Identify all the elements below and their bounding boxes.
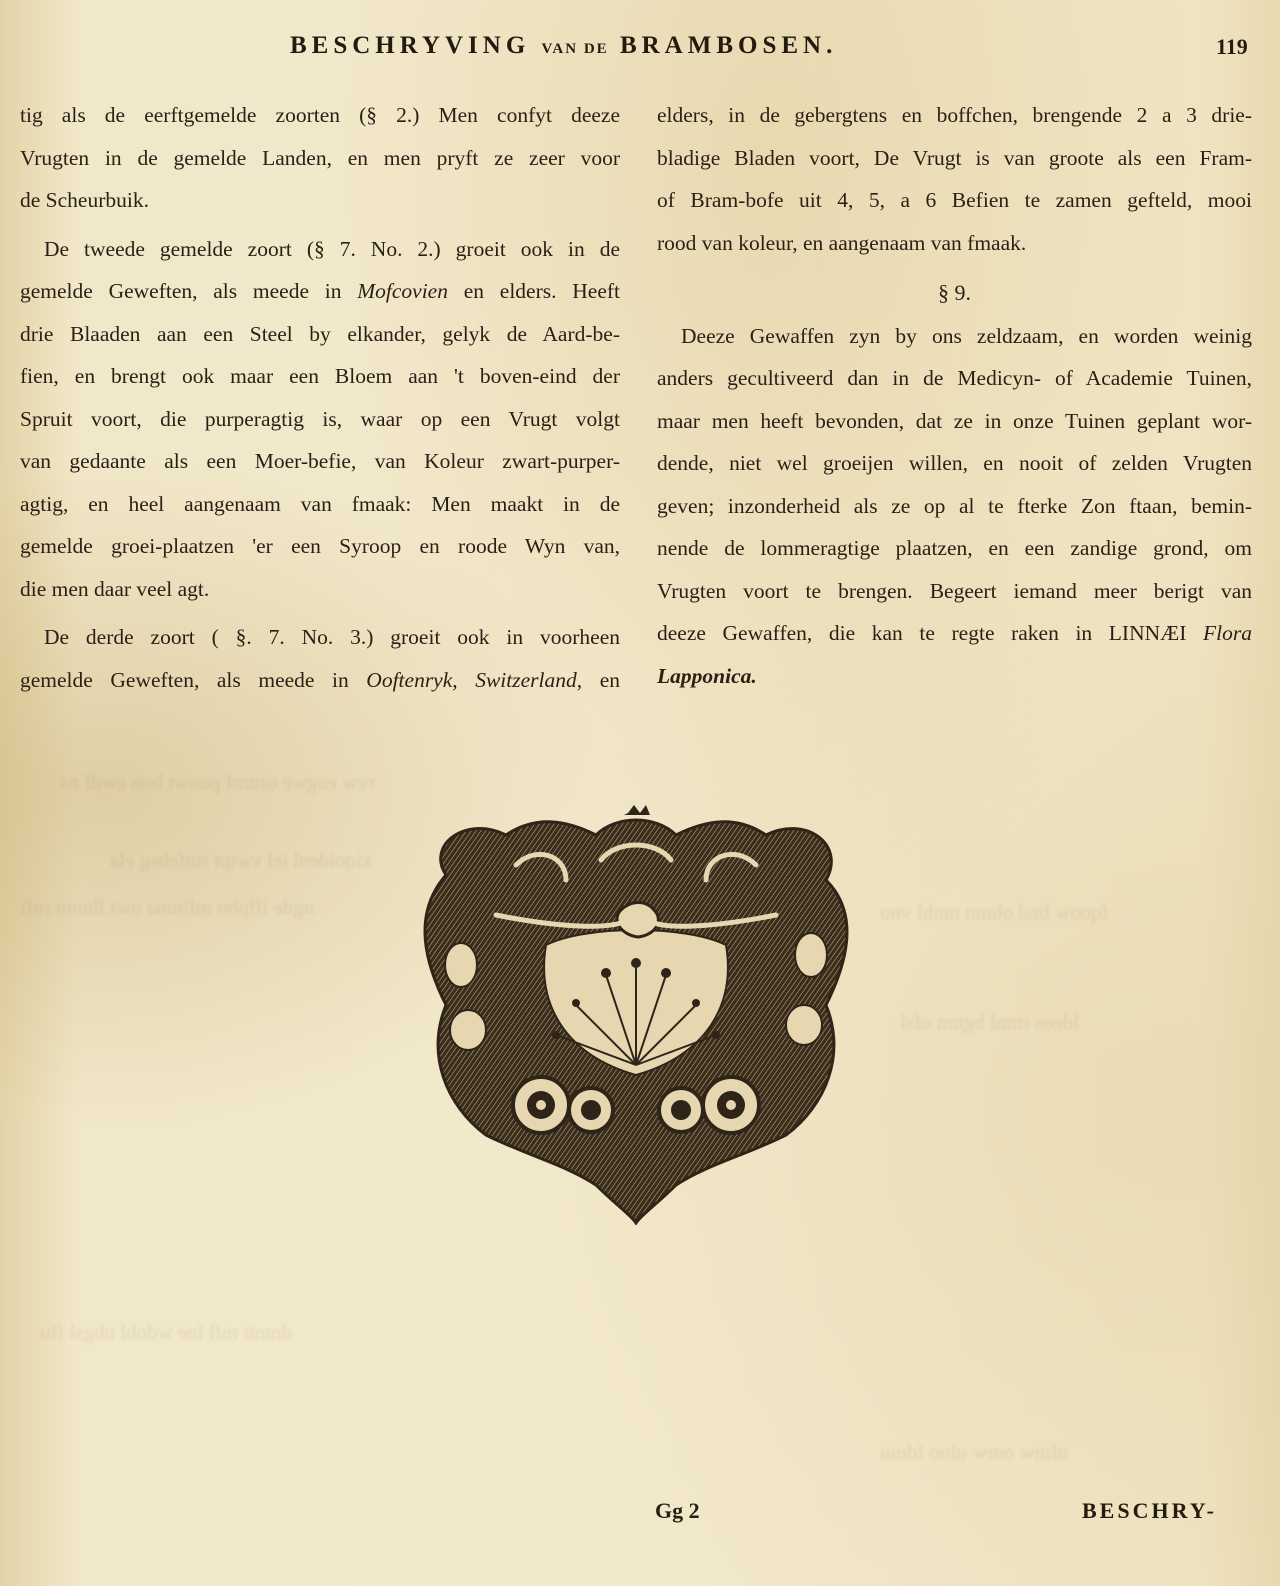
book-title-italic: Flora (1203, 621, 1252, 645)
text-line: die men daar veel agt. (20, 568, 620, 611)
title-part-3: BRAMBOSEN. (620, 32, 837, 59)
place-name-italic: Ooftenryk (366, 668, 452, 692)
text-line: gemelde Geweften, als meede in Mofcovien… (20, 270, 620, 313)
paragraph-start-line: De derde zoort ( §. 7. No. 3.) groeit oo… (20, 616, 620, 659)
text-line: Vrugten in de gemelde Landen, en men pry… (20, 137, 620, 180)
running-head: BESCHRYVING VAN DE BRAMBOSEN. 119 (0, 28, 1280, 68)
text-line: nende de lommeragtige plaatzen, en een z… (657, 527, 1252, 570)
text-line: anders gecultiveerd dan in de Medicyn- o… (657, 357, 1252, 400)
text-line: bladige Bladen voort, De Vrugt is van gr… (657, 137, 1252, 180)
text-line: agtig, en heel aangenaam van fmaak: Men … (20, 483, 620, 526)
section-heading: § 9. (657, 272, 1252, 315)
show-through-text: xiqoidenl iel vwtpt rmfebsg ela (110, 848, 372, 873)
text-line: drie Blaaden aan een Steel by elkander, … (20, 313, 620, 356)
text-line: deeze Gewaffen, die kan te regte raken i… (657, 612, 1252, 655)
paragraph-start-line: De tweede gemelde zoort (§ 7. No. 2.) gr… (20, 228, 620, 271)
text-line: gemelde Geweften, als meede in Ooftenryk… (20, 659, 620, 702)
text-line: of Bram-bofe uit 4, 5, a 6 Befien te zam… (657, 179, 1252, 222)
text-line: van gedaante als een Moer-befie, van Kol… (20, 440, 620, 483)
left-column: tig als de eerftgemelde zoorten (§ 2.) M… (20, 94, 620, 701)
text-span: gemelde Geweften, als meede in (20, 668, 366, 692)
title-part-1: BESCHRYVING (290, 32, 530, 59)
text-line: tig als de eerftgemelde zoorten (§ 2.) M… (20, 94, 620, 137)
text-span: deeze Gewaffen, die kan te regte raken i… (657, 621, 1203, 645)
catchword: BESCHRY- (1082, 1498, 1217, 1524)
show-through-text: ldeos rmnl bgnm ofsl (900, 1010, 1079, 1035)
ornament-illustration-icon (406, 805, 866, 1225)
text-line: gemelde groei-plaatzen 'er een Syroop en… (20, 525, 620, 568)
text-line: maar men heeft bevonden, dat ze in onze … (657, 400, 1252, 443)
show-through-text: dnmtt mfl lne wdobl nbgsl ffu (40, 1320, 292, 1345)
place-name-italic: Mofcovien (357, 279, 448, 303)
text-line: dende, niet wel groeijen willen, en nooi… (657, 442, 1252, 485)
show-through-text: nfmw omw ulno fdmu (880, 1440, 1068, 1465)
place-name-italic: Switzerland (475, 668, 577, 692)
book-title-italic: Lapponica. (657, 664, 757, 688)
show-through-text: rvw eugwe ornmf puowt bon ewdf ns (60, 770, 375, 795)
text-line: rood van koleur, en aangenaam van fmaak. (657, 222, 1252, 265)
text-span: en elders. Heeft (448, 279, 620, 303)
woodcut-tailpiece-ornament (406, 805, 866, 1225)
text-line: elders, in de gebergtens en boffchen, br… (657, 94, 1252, 137)
text-line: Vrugten voort te brengen. Begeert iemand… (657, 570, 1252, 613)
text-line: geven; inzonderheid als ze op al te fter… (657, 485, 1252, 528)
text-span: gemelde Geweften, als meede in (20, 279, 357, 303)
show-through-text: ngde iffpbn mfimna nwt llnnm rnfi (20, 895, 314, 920)
show-through-text: fqoow bnd obmn nmbl vno (880, 900, 1109, 925)
signature-mark: Gg 2 (655, 1498, 700, 1524)
paragraph-start-line: Deeze Gewaffen zyn by ons zeldzaam, en w… (657, 315, 1252, 358)
right-column: elders, in de gebergtens en boffchen, br… (657, 94, 1252, 697)
text-line: de Scheurbuik. (20, 179, 620, 222)
page-number: 119 (1216, 34, 1248, 60)
text-span: , en (577, 668, 620, 692)
page-title: BESCHRYVING VAN DE BRAMBOSEN. (290, 32, 837, 60)
text-line: fien, en brengt ook maar een Bloem aan '… (20, 355, 620, 398)
text-span: , (452, 668, 475, 692)
title-part-2: VAN DE (542, 41, 609, 57)
text-line: Spruit voort, die purperagtig is, waar o… (20, 398, 620, 441)
book-page: rvw eugwe ornmf puowt bon ewdf ns xiqoid… (0, 0, 1280, 1586)
text-line: Lapponica. (657, 655, 1252, 698)
